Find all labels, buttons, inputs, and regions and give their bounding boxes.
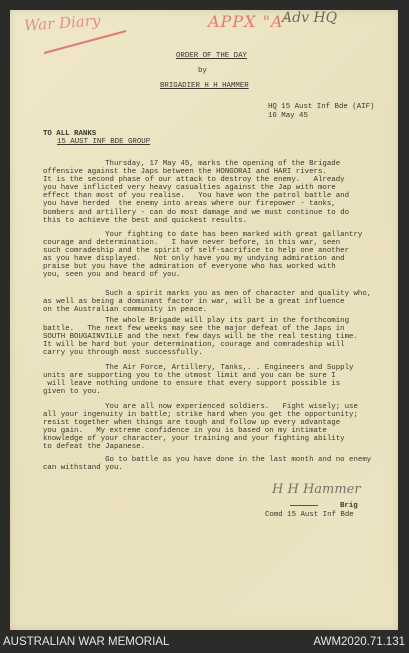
paragraph-2: Your fighting to date has been marked wi…	[43, 231, 363, 280]
signature-underline	[290, 505, 318, 506]
paragraph-3: Such a spirit marks you as men of charac…	[43, 290, 363, 314]
paragraph-4: The whole Brigade will play its part in …	[43, 317, 363, 357]
signature: H H Hammer	[272, 482, 361, 497]
hq-line: HQ 15 Aust Inf Bde (AIF)	[268, 103, 374, 111]
date-line: 16 May 45	[268, 112, 308, 120]
paragraph-7: Go to battle as you have done in the las…	[43, 456, 363, 472]
institution-label: AUSTRALIAN WAR MEMORIAL	[3, 636, 169, 648]
paragraph-5: The Air Force, Artillery, Tanks,. . Engi…	[43, 364, 363, 396]
document-title: ORDER OF THE DAY	[176, 52, 247, 60]
by-line: by	[198, 67, 207, 75]
hq-pencil-annotation: Adv HQ	[282, 10, 337, 26]
signature-rank: Brig	[340, 502, 358, 510]
accession-number: AWM2020.71.131	[313, 636, 405, 648]
paragraph-6: You are all now experienced soldiers. Fi…	[43, 403, 363, 452]
signature-title: Comd 15 Aust Inf Bde	[265, 511, 354, 519]
paragraph-1: Thursday, 17 May 45, marks the opening o…	[43, 160, 363, 225]
appendix-annotation: APPX "A"	[208, 12, 292, 31]
addressee-line-1: TO ALL RANKS	[43, 130, 96, 138]
addressee-line-2: 15 AUST INF BDE GROUP	[57, 138, 150, 146]
author-line: BRIGADIER H H HAMMER	[160, 82, 249, 90]
